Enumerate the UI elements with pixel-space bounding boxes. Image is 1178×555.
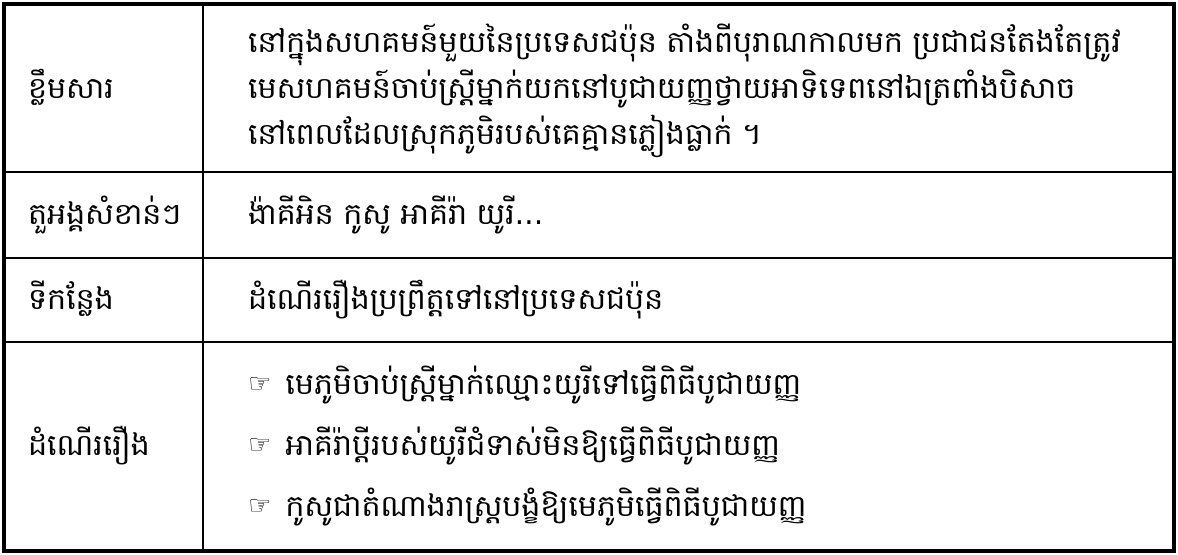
pointing-hand-icon: ☞ [248, 483, 271, 529]
characters-text: ង៉ាគីអិន កូសូ អាគីរ៉ា យូរី... [248, 192, 543, 238]
setting-label: ទីកន្លែង [28, 277, 114, 323]
row-label-setting: ទីកន្លែង [6, 259, 204, 343]
summary-text: នៅក្នុងសហគមន៍មួយនៃប្រទេសជប៉ុន តាំងពីបុរា… [248, 20, 1146, 158]
plot-bullet-2: ☞ អាគីរ៉ាប្ដីរបស់យូរីជំទាស់មិនឱ្យធ្វើពិធ… [248, 423, 780, 469]
row-content-summary: នៅក្នុងសហគមន៍មួយនៃប្រទេសជប៉ុន តាំងពីបុរា… [204, 6, 1172, 173]
plot-label: ដំណើររឿង [28, 423, 150, 469]
row-label-plot: ដំណើររឿង [6, 343, 204, 549]
pointing-hand-icon: ☞ [248, 361, 271, 407]
row-content-setting: ដំណើររឿងប្រព្រឹត្តទៅនៅប្រទេសជប៉ុន [204, 259, 1172, 343]
row-label-summary: ខ្លឹមសារ [6, 6, 204, 173]
row-label-characters: តួអង្គសំខាន់ៗ [6, 173, 204, 259]
plot-bullet-1-text: មេភូមិចាប់ស្ត្រីម្នាក់ឈ្មោះយូរីទៅធ្វើពិធ… [285, 362, 801, 408]
plot-bullet-3: ☞ កូសូជាតំណាងរាស្ត្របង្ខំឱ្យមេភូមិធ្វើពិ… [248, 484, 806, 530]
setting-text: ដំណើររឿងប្រព្រឹត្តទៅនៅប្រទេសជប៉ុន [248, 277, 663, 323]
characters-label: តួអង្គសំខាន់ៗ [28, 192, 181, 238]
plot-bullet-2-text: អាគីរ៉ាប្ដីរបស់យូរីជំទាស់មិនឱ្យធ្វើពិធីប… [285, 423, 780, 469]
plot-bullet-1: ☞ មេភូមិចាប់ស្ត្រីម្នាក់ឈ្មោះយូរីទៅធ្វើព… [248, 362, 801, 408]
document-page: ខ្លឹមសារ នៅក្នុងសហគមន៍មួយនៃប្រទេសជប៉ុន ត… [0, 0, 1178, 555]
summary-label: ខ្លឹមសារ [28, 66, 114, 112]
plot-bullet-3-text: កូសូជាតំណាងរាស្ត្របង្ខំឱ្យមេភូមិធ្វើពិធី… [285, 484, 806, 530]
row-content-characters: ង៉ាគីអិន កូសូ អាគីរ៉ា យូរី... [204, 173, 1172, 259]
story-summary-table: ខ្លឹមសារ នៅក្នុងសហគមន៍មួយនៃប្រទេសជប៉ុន ត… [2, 2, 1176, 553]
pointing-hand-icon: ☞ [248, 422, 271, 468]
row-content-plot: ☞ មេភូមិចាប់ស្ត្រីម្នាក់ឈ្មោះយូរីទៅធ្វើព… [204, 343, 1172, 549]
